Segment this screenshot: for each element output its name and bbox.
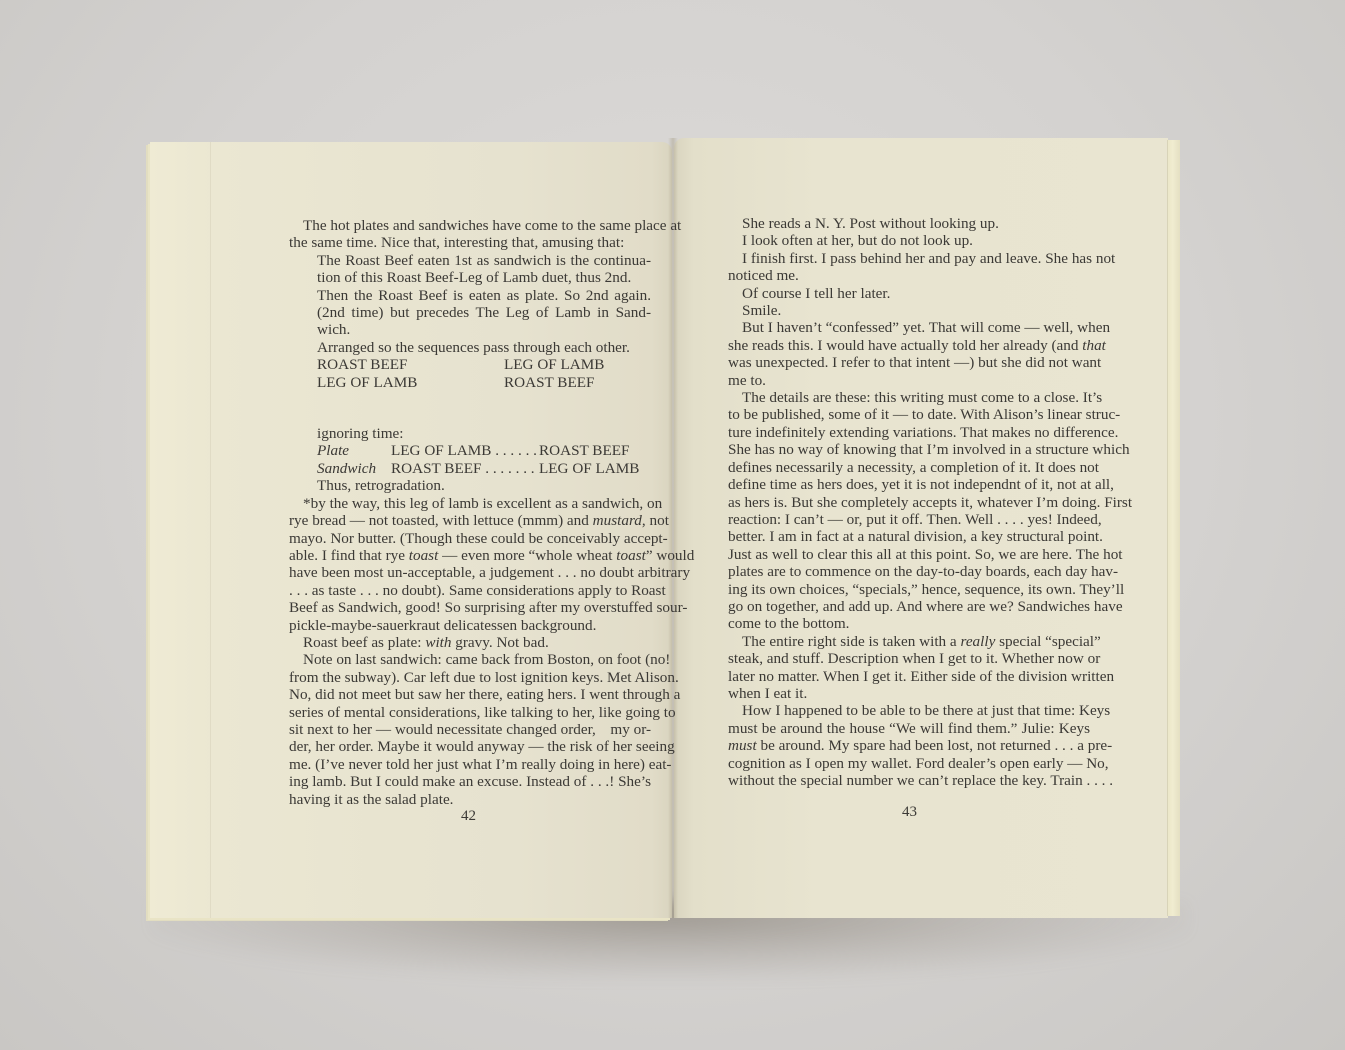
text-line: Beef as Sandwich, good! So surprising af… bbox=[289, 599, 651, 616]
text-line: der, her order. Maybe it would anyway — … bbox=[289, 738, 651, 755]
text-line: without the special number we can’t repl… bbox=[728, 772, 1090, 789]
text-line: having it as the salad plate. bbox=[289, 791, 651, 808]
row-second: ROAST BEEF bbox=[539, 442, 629, 459]
row-label: Sandwich bbox=[317, 460, 391, 477]
text-run: ” would bbox=[646, 547, 695, 564]
page-number-right: 43 bbox=[902, 804, 917, 821]
text-line: must be around. My spare had been lost, … bbox=[728, 737, 1090, 754]
row-first: ROAST BEEF . . . . . . . bbox=[391, 460, 539, 477]
page-stack-edge bbox=[210, 142, 211, 918]
page-number-left: 42 bbox=[461, 808, 476, 825]
spacer bbox=[289, 391, 651, 425]
text-line: pickle-maybe-sauerkraut delicatessen bac… bbox=[289, 617, 651, 634]
text-line: to be published, some of it — to date. W… bbox=[728, 406, 1090, 423]
text-run: sit next to her — would necessitate chan… bbox=[289, 721, 596, 738]
text-line: ignoring time: bbox=[317, 425, 651, 442]
text-line: ing lamb. But I could make an excuse. In… bbox=[289, 773, 651, 790]
text-line: How I happened to be able to be there at… bbox=[728, 702, 1090, 719]
text-line: the same time. Nice that, interesting th… bbox=[289, 234, 651, 251]
text-run: my or- bbox=[610, 721, 651, 738]
italic-run: mustard bbox=[593, 512, 642, 529]
italic-run: with bbox=[425, 634, 451, 651]
text-line: ture indefinitely extending variations. … bbox=[728, 424, 1090, 441]
text-line: mayo. Nor butter. (Though these could be… bbox=[289, 530, 651, 547]
ignoring-time-label: ignoring time: bbox=[289, 425, 651, 442]
text-line: wich. bbox=[317, 321, 651, 338]
sequence-right: ROAST BEEF bbox=[504, 374, 594, 391]
text-line: steak, and stuff. Description when I get… bbox=[728, 650, 1090, 667]
italic-run: that bbox=[1082, 337, 1106, 354]
text-line: from the subway). Car left due to lost i… bbox=[289, 669, 651, 686]
text-line: The entire right side is taken with a re… bbox=[728, 633, 1090, 650]
row-second: LEG OF LAMB bbox=[539, 460, 639, 477]
text-line: Then the Roast Beef is eaten as plate. S… bbox=[317, 287, 651, 304]
ignoring-row: Sandwich ROAST BEEF . . . . . . . LEG OF… bbox=[289, 460, 651, 477]
sequence-row: ROAST BEEF LEG OF LAMB bbox=[289, 356, 651, 373]
text-line: define time as hers does, yet it is not … bbox=[728, 476, 1090, 493]
text-line: (2nd time) but precedes The Leg of Lamb … bbox=[317, 304, 651, 321]
text-line: later no matter. When I get it. Either s… bbox=[728, 668, 1090, 685]
text-line: Just as well to clear this all at this p… bbox=[728, 546, 1090, 563]
text-line: reaction: I can’t — or, put it off. Then… bbox=[728, 511, 1090, 528]
text-line: sit next to her — would necessitate chan… bbox=[289, 721, 651, 738]
text-run: be around. My spare had been lost, not r… bbox=[757, 737, 1113, 754]
text-run: able. I find that rye bbox=[289, 547, 409, 564]
row-label: Plate bbox=[317, 442, 391, 459]
text-line: ing its own choices, “specials,” hence, … bbox=[728, 581, 1090, 598]
retrogradation-line: Thus, retrogradation. bbox=[289, 477, 651, 494]
text-line: as hers is. But she completely accepts i… bbox=[728, 494, 1090, 511]
text-line: when I eat it. bbox=[728, 685, 1090, 702]
text-line: have been most un-acceptable, a judgemen… bbox=[289, 564, 651, 581]
text-line: better. I am in fact at a natural divisi… bbox=[728, 528, 1090, 545]
italic-run: really bbox=[960, 633, 995, 650]
text-line: go on together, and add up. And where ar… bbox=[728, 598, 1090, 615]
sequence-left: LEG OF LAMB bbox=[317, 374, 504, 391]
text-line: Roast beef as plate: with gravy. Not bad… bbox=[289, 634, 651, 651]
text-line: The hot plates and sandwiches have come … bbox=[289, 217, 651, 234]
row-first: LEG OF LAMB . . . . . . bbox=[391, 442, 539, 459]
text-line: . . . as taste . . . no doubt). Same con… bbox=[289, 582, 651, 599]
text-line: The details are these: this writing must… bbox=[728, 389, 1090, 406]
text-line: me. (I’ve never told her just what I’m r… bbox=[289, 756, 651, 773]
text-line: was unexpected. I refer to that intent —… bbox=[728, 354, 1090, 371]
text-line: But I haven’t “confessed” yet. That will… bbox=[728, 319, 1090, 336]
text-line: I finish first. I pass behind her and pa… bbox=[728, 250, 1090, 267]
ignoring-row: Plate LEG OF LAMB . . . . . . ROAST BEEF bbox=[289, 442, 651, 459]
indented-block: The Roast Beef eaten 1st as sandwich is … bbox=[289, 252, 651, 356]
text-line: *by the way, this leg of lamb is excelle… bbox=[289, 495, 651, 512]
text-line: Smile. bbox=[728, 302, 1090, 319]
text-run: — even more “whole wheat bbox=[438, 547, 616, 564]
text-line: able. I find that rye toast — even more … bbox=[289, 547, 651, 564]
text-line: she reads this. I would have actually to… bbox=[728, 337, 1090, 354]
text-line: She has no way of knowing that I’m invol… bbox=[728, 441, 1090, 458]
text-line: me to. bbox=[728, 372, 1090, 389]
text-line: plates are to commence on the day-to-day… bbox=[728, 563, 1090, 580]
text-run: special “special” bbox=[995, 633, 1100, 650]
open-book: The hot plates and sandwiches have come … bbox=[0, 0, 1345, 1050]
text-line: Thus, retrogradation. bbox=[317, 477, 651, 494]
text-line: She reads a N. Y. Post without looking u… bbox=[728, 215, 1090, 232]
text-line: noticed me. bbox=[728, 267, 1090, 284]
text-line: The Roast Beef eaten 1st as sandwich is … bbox=[317, 252, 651, 269]
text-line: Note on last sandwich: came back from Bo… bbox=[289, 651, 651, 668]
italic-run: must bbox=[728, 737, 757, 754]
text-run: , not bbox=[642, 512, 669, 529]
text-run: Roast beef as plate: bbox=[303, 634, 425, 651]
text-line: tion of this Roast Beef-Leg of Lamb duet… bbox=[317, 269, 651, 286]
fore-edge bbox=[1167, 140, 1180, 916]
sequence-left: ROAST BEEF bbox=[317, 356, 504, 373]
sequence-row: LEG OF LAMB ROAST BEEF bbox=[289, 374, 651, 391]
text-run: she reads this. I would have actually to… bbox=[728, 337, 1082, 354]
text-line: I look often at her, but do not look up. bbox=[728, 232, 1090, 249]
text-run: The entire right side is taken with a bbox=[742, 633, 960, 650]
text-line: Arranged so the sequences pass through e… bbox=[317, 339, 651, 356]
book-gutter bbox=[668, 138, 678, 918]
text-line: series of mental considerations, like ta… bbox=[289, 704, 651, 721]
left-page-text: The hot plates and sandwiches have come … bbox=[289, 217, 651, 808]
italic-run: toast bbox=[409, 547, 439, 564]
text-line: cognition as I open my wallet. Ford deal… bbox=[728, 755, 1090, 772]
text-line: come to the bottom. bbox=[728, 615, 1090, 632]
text-run: gravy. Not bad. bbox=[451, 634, 548, 651]
text-run: rye bread — not toasted, with lettuce (m… bbox=[289, 512, 593, 529]
text-line: Of course I tell her later. bbox=[728, 285, 1090, 302]
text-line: must be around the house “We will find t… bbox=[728, 720, 1090, 737]
text-line: defines necessarily a necessity, a compl… bbox=[728, 459, 1090, 476]
right-page-text: She reads a N. Y. Post without looking u… bbox=[728, 215, 1090, 789]
italic-run: toast bbox=[616, 547, 646, 564]
sequence-right: LEG OF LAMB bbox=[504, 356, 604, 373]
text-line: No, did not meet but saw her there, eati… bbox=[289, 686, 651, 703]
text-line: rye bread — not toasted, with lettuce (m… bbox=[289, 512, 651, 529]
